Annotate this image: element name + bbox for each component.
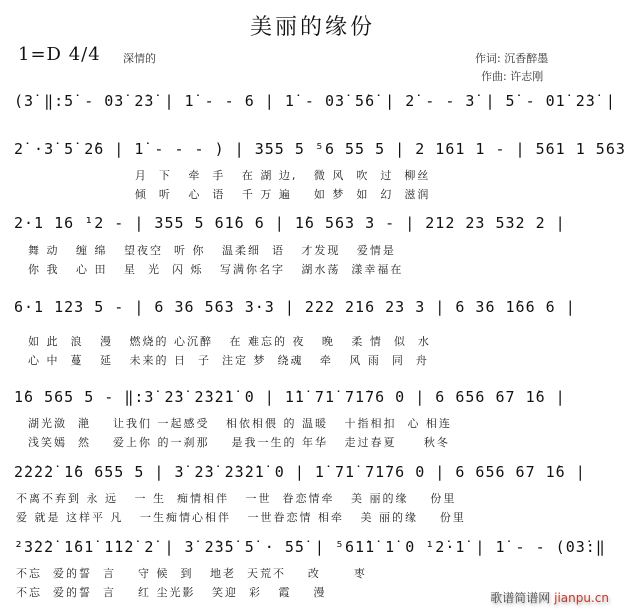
lyrics-line-3b: 你 我 心 田 星 光 闪 烁 写满你名字 湖水荡 漾幸福在 (28, 261, 403, 277)
score-line-3: 2·1 16 ¹2 - | 355 5 61̇6 6 | 1̇6 563 3 -… (14, 214, 566, 238)
key-signature: 1=D 4/4 (18, 44, 101, 65)
watermark-cn: 歌谱简谱网 (490, 591, 550, 605)
song-title: 美丽的缘份 (0, 10, 625, 41)
lyrics-line-7b: 不忘 爱的誓 言 红 尘光影 笑迎 彩 霞 漫 (16, 584, 326, 600)
lyrics-line-3a: 舞 动 缠 绵 望夜空 听 你 温柔细 语 才发现 爱情是 (28, 242, 396, 258)
lyrics-line-4a: 如 此 浪 漫 燃烧的 心沉醉 在 难忘的 夜 晚 柔 情 似 水 (28, 333, 431, 349)
score-line-5: 1̇6 565 5 - ‖:3̇ 2̇3̇ 2̇3̇2̇1̇ 0 | 1̇1̇ … (14, 388, 566, 412)
lyrics-line-6b: 爱 就是 这样平 凡 一生痴情心相伴 一世眷恋情 相牵 美 丽的缘 份里 (16, 509, 466, 525)
lyrics-line-2a: 月 下 牵 手 在 湖 边, 微 风 吹 过 柳丝 (14, 167, 430, 183)
score-line-7: ²3̇2̇2̇ 1̇61̇ 1̇1̇2̇ 2̇ | 3̇ 2̇3̇5̇ 5̇ ·… (14, 538, 606, 562)
lyrics-line-4b: 心 中 蔓 延 未来的 日 子 注定 梦 绕魂 牵 风 雨 同 舟 (28, 352, 429, 368)
lyrics-line-2b: 倾 听 心 语 千 万 遍 如 梦 如 幻 滋润 (14, 186, 430, 202)
watermark: 歌谱简谱网 jianpu.cn (490, 589, 609, 606)
score-line-1: (3̇ ‖:5̇ - 03̇ 2̇3̇ | 1̇ - - 6 | 1̇ - 03… (14, 92, 625, 116)
score-line-4: 6·1 123 5 - | 6 36 563 3·3 | 222 216 23 … (14, 298, 576, 322)
score-line-6: 2̇2̇2̇2̇ 1̇6 655 5 | 3̇ 2̇3̇ 2̇3̇2̇1̇ 0 … (14, 463, 586, 487)
lyrics-line-5a: 湖光潋 滟 让我们 一起感受 相依相偎 的 温暖 十指相扣 心 相连 (28, 415, 452, 431)
credits: 作词: 沉香醉墨 作曲: 许志刚 (475, 50, 548, 86)
score-line-2: 2̇ ·3̇ 5̇ 2̇6 | 1̇ - - - ) | 355 5 ⁵6 55… (14, 140, 625, 164)
lyrics-line-5b: 浅笑嫣 然 爱上你 的一刹那 是我一生的 年华 走过春夏 秋冬 (28, 434, 450, 450)
lyrics-line-7a: 不忘 爱的誓 言 守 候 到 地老 天荒不 改 枣 (16, 565, 367, 581)
composer: 作曲: 许志刚 (475, 68, 548, 86)
lyricist: 作词: 沉香醉墨 (475, 50, 548, 68)
watermark-url: jianpu.cn (554, 591, 609, 605)
lyrics-line-6a: 不离不弃到 永 远 一 生 痴情相伴 一世 眷恋情牵 美 丽的缘 份里 (16, 490, 456, 506)
expression-marking: 深情的 (123, 50, 156, 66)
